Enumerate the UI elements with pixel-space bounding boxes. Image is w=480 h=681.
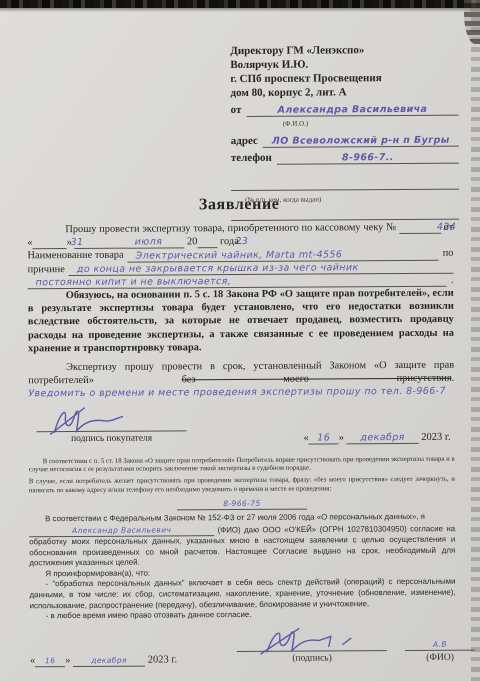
product-label: Наименование товара (27, 249, 123, 263)
end-period: . (451, 274, 454, 287)
notify-phone-fill: 8-966-75 (177, 498, 307, 511)
reason-handwritten-2: постоянно кипит и не выключается, (36, 276, 232, 288)
phone-fill-line: 8-966-7.. (277, 152, 459, 165)
consent-date-day-handwritten: 16 (45, 656, 55, 665)
informed-bullet-2: - в любое время имею право отозвать данн… (30, 609, 456, 622)
consent-date: «16» декабря 2023 г. (30, 653, 177, 667)
from-label: от (231, 103, 242, 117)
blank-line (231, 176, 459, 191)
applicant-name-handwritten: Александра Васильевича (278, 104, 428, 116)
year-fill: 23 (197, 237, 217, 249)
from-row: от Александра Васильевича (231, 102, 459, 117)
consent-date-month-handwritten: декабря (91, 656, 127, 665)
fine-print-section: В соответствии с п. 5 ст. 18 Закона «О з… (29, 456, 456, 668)
consent-signature-row: «16» декабря 2023 г. (подпись) (30, 625, 456, 667)
claim-date-month-handwritten: декабря (360, 432, 404, 443)
claim-date-day-handwritten: 16 (317, 432, 330, 443)
document-content: Директору ГМ «Ленэкспо» Волярчук И.Ю. г.… (0, 0, 480, 681)
consent-fio-fill: А.В (405, 638, 475, 650)
address-label: адрес (231, 134, 258, 148)
recipient-line-director: Директору ГМ «Ленэкспо» (230, 43, 458, 58)
consent-fio-caption: (ФИО) (426, 651, 454, 664)
consent-signature-block: (подпись) (237, 626, 387, 666)
address-fill-line: ЛО Всеволожский р-н п Бугры (263, 135, 459, 148)
notify-note-handwritten: Уведомить о времени и месте проведения э… (28, 386, 446, 400)
phone-row: телефон 8-966-7.. (231, 150, 459, 165)
month-fill: июля (74, 237, 184, 250)
recipient-line-name: Волярчук И.Ю. (230, 57, 458, 72)
consent-signature-line (237, 626, 387, 652)
scanned-document-page: Директору ГМ «Ленэкспо» Волярчук И.Ю. г.… (0, 0, 480, 681)
phone-label: телефон (231, 151, 272, 165)
recipient-line-street: г. СПб проспект Просвещения (230, 71, 458, 86)
consent-date-day-fill: 16 (35, 655, 65, 667)
recipient-line-house: дом 80, корпус 2, лит. А (230, 85, 458, 100)
informed-bullet-1: - "обработка персональных данных" включа… (29, 577, 455, 611)
fine-print-strike-instruction: В случае, если потребитель желает присут… (29, 476, 455, 496)
year-word: года. (220, 236, 241, 247)
po-word: по (443, 247, 454, 260)
product-fill: Электрический чайник, Marta mt-4556 (128, 248, 439, 262)
claim-from-word: от (444, 222, 454, 233)
personal-data-consent: В соответствии с Федеральным Законом № 1… (29, 512, 456, 622)
consent-name-fill: Александр Васильевич (29, 524, 214, 537)
day-fill: 31 (33, 237, 67, 249)
reason-fill-1: до конца не закрывается крышка из-за чег… (69, 262, 454, 276)
signature-scribble (247, 626, 367, 655)
close-quote: » (65, 655, 70, 666)
buyer-signature-row: подпись покупателя «16» декабря 2023 г. (28, 402, 454, 446)
notify-phone-line: 8-966-75 (29, 496, 455, 512)
year-printed: 20 (187, 236, 197, 247)
address-row: адрес ЛО Всеволожский р-н п Бугры (231, 133, 459, 148)
fine-print-right-to-attend: В соответствии с п. 5 ст. 18 Закона «О з… (29, 456, 455, 476)
address-handwritten: ЛО Всеволожский р-н п Бугры (272, 135, 450, 147)
buyer-signature-line (36, 404, 186, 432)
fio-caption: (Ф.И.О.) (283, 116, 459, 131)
consent-name-line: Александр Васильевич (ФИО) даю ООО «О'КЕ… (29, 523, 455, 569)
from-fill-line: Александра Васильевича (246, 104, 458, 117)
product-handwritten: Электрический чайник, Marta mt-4556 (136, 249, 343, 261)
consent-date-year: 2023 г. (148, 654, 177, 665)
month-handwritten: июля (135, 237, 163, 248)
claim-date: «16» декабря 2023 г. (303, 430, 450, 444)
document-body: Прошу провести экспертизу товара, приобр… (27, 221, 456, 668)
close-quote: » (67, 237, 72, 248)
obligation-paragraph: Обязуюсь, на основании п. 5 с. 18 Закона… (28, 287, 454, 356)
consent-fio-handwritten: А.В (433, 640, 447, 649)
consent-fio-block: А.В (ФИО) (405, 638, 475, 665)
claim-date-day-fill: 16 (309, 432, 339, 444)
notify-phone-handwritten: 8-966-75 (223, 499, 260, 508)
reason-handwritten-1: до конца не закрывается крышка из-за чег… (77, 262, 359, 275)
consent-name-handwritten: Александр Васильевич (72, 525, 171, 535)
signature-scribble (46, 404, 136, 435)
reason-line-1: причине до конца не закрывается крышка и… (28, 260, 454, 276)
close-quote: » (339, 432, 344, 443)
claim-date-month-fill: декабря (347, 432, 419, 444)
expertise-period: . (452, 373, 455, 384)
struck-phrase: без моего присутствия (182, 373, 452, 386)
document-title: Заявление (0, 195, 479, 216)
buyer-signature-block: подпись покупателя (36, 404, 186, 446)
reason-label: причине (28, 263, 65, 276)
phone-handwritten: 8-966-7.. (342, 152, 394, 163)
claim-intro-text: Прошу провести экспертизу товара, приобр… (65, 222, 396, 235)
claim-paragraph: Прошу провести экспертизу товара, приобр… (27, 221, 453, 250)
consent-date-month-fill: декабря (73, 655, 145, 667)
claim-date-year: 2023 г. (421, 431, 450, 442)
receipt-number-fill: 424 (399, 222, 441, 234)
product-line: Наименование товара Электрический чайник… (27, 247, 453, 263)
expertise-paragraph: Экспертизу прошу провести в срок, устано… (28, 359, 454, 401)
